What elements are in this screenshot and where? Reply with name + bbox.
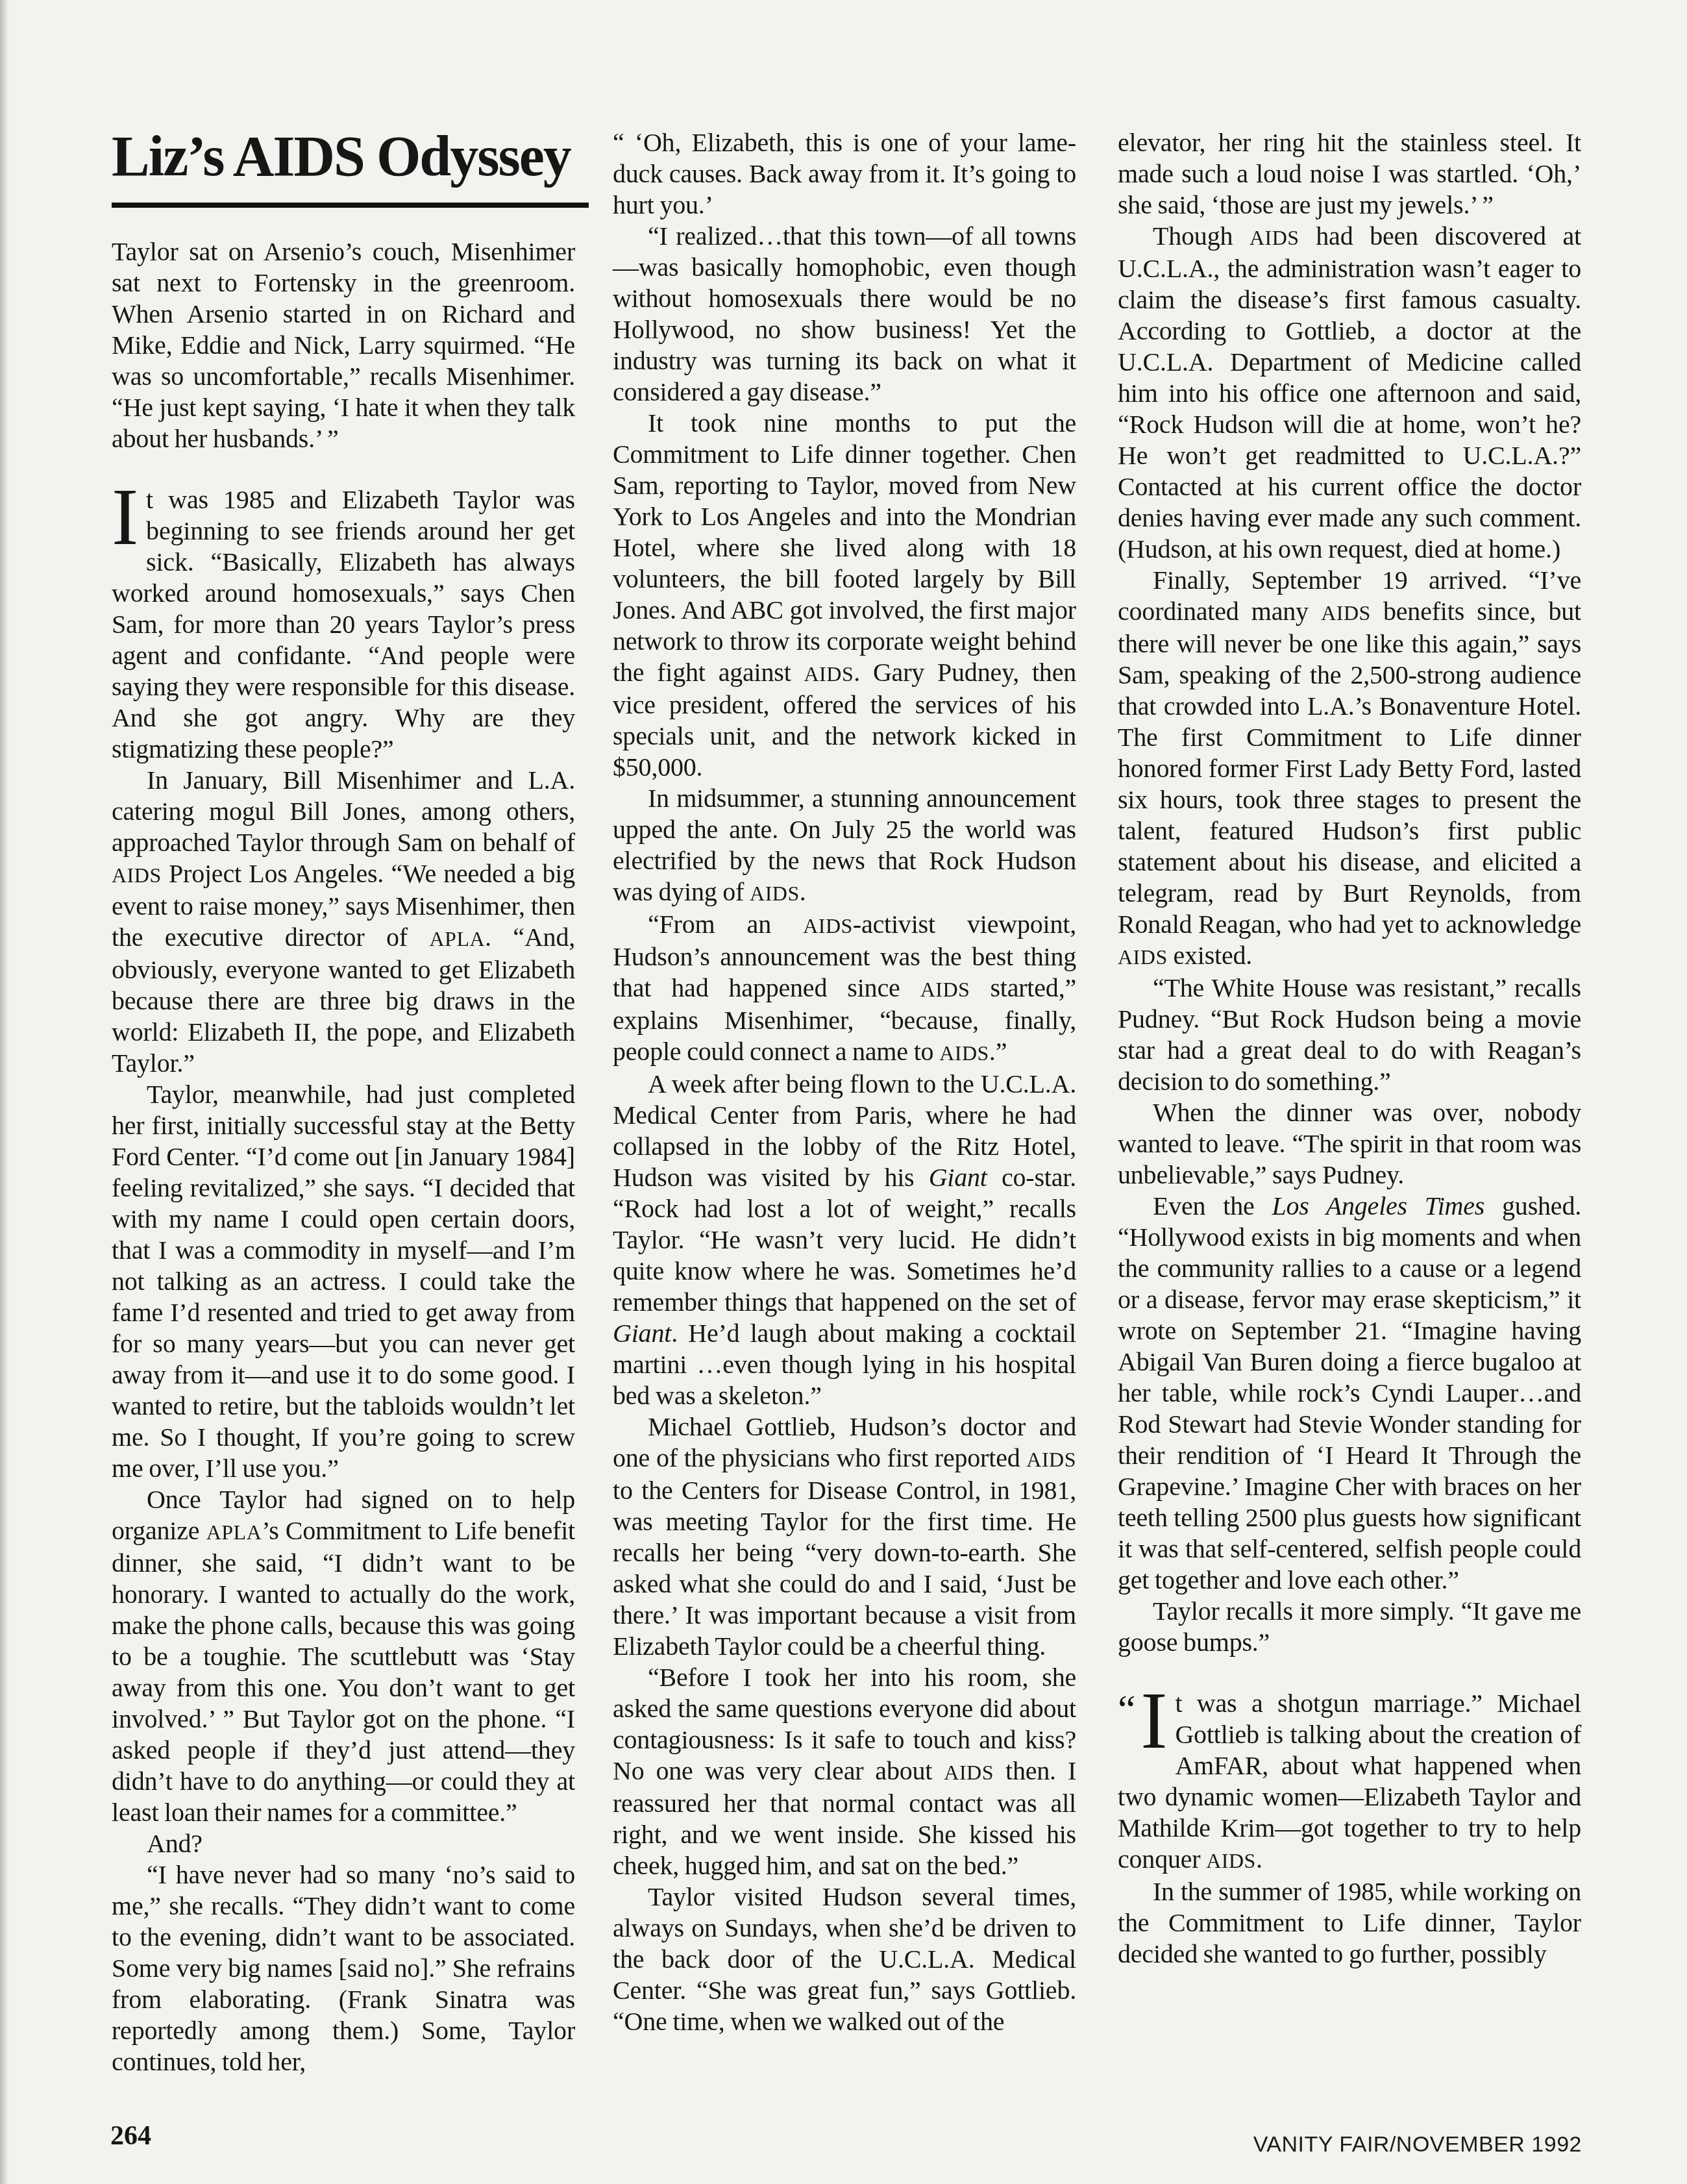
body-text: had been discovered at U.C.L.A., the adm… [1118, 221, 1581, 564]
smallcaps-text: AIDS [112, 863, 162, 887]
body-text: . He’d laugh about making a cocktail mar… [613, 1319, 1076, 1410]
body-text: to the Centers for Disease Control, in 1… [613, 1476, 1076, 1661]
body-text: elevator, her ring hit the stainless ste… [1118, 128, 1581, 219]
smallcaps-text: AIDS [1250, 226, 1299, 249]
dropcap-letter: I [1140, 1688, 1175, 1752]
paragraph: In January, Bill Misenhimer and L.A. cat… [112, 765, 575, 1079]
smallcaps-text: AIDS [1206, 1849, 1256, 1872]
body-text: existed. [1168, 941, 1253, 970]
column-3: elevator, her ring hit the stainless ste… [1118, 127, 1581, 1970]
body-text: “From an [648, 910, 803, 939]
body-text: Though [1153, 221, 1250, 251]
column-3-text: elevator, her ring hit the stainless ste… [1118, 127, 1581, 1970]
paragraph: “The White House was resistant,” recalls… [1118, 973, 1581, 1097]
body-text: Taylor visited Hudson several times, alw… [613, 1882, 1076, 2036]
paragraph: When the dinner was over, nobody wanted … [1118, 1097, 1581, 1191]
paragraph: Though AIDS had been discovered at U.C.L… [1118, 221, 1581, 565]
body-text: ’s Commitment to Life benefit dinner, sh… [112, 1516, 575, 1827]
smallcaps-text: AIDS [920, 978, 970, 1001]
paragraph: Finally, September 19 arrived. “I’ve coo… [1118, 565, 1581, 973]
body-text: . [1256, 1844, 1262, 1874]
paragraph: It took nine months to put the Commitmen… [613, 408, 1076, 783]
body-text: In the summer of 1985, while working on … [1118, 1877, 1581, 1968]
paragraph: “I have never had so many ‘no’s said to … [112, 1859, 575, 2078]
paragraph: In midsummer, a stunning announcement up… [613, 783, 1076, 909]
smallcaps-text: AIDS [804, 662, 854, 686]
smallcaps-text: AIDS [1321, 601, 1371, 625]
paragraph: Taylor recalls it more simply. “It gave … [1118, 1596, 1581, 1658]
magazine-footer: VANITY FAIR/NOVEMBER 1992 [1253, 2132, 1582, 2157]
smallcaps-text: AIDS [803, 914, 853, 937]
body-text: And? [147, 1829, 203, 1858]
column-2: “ ‘Oh, Elizabeth, this is one of your la… [613, 127, 1076, 2037]
body-text: “The White House was resistant,” recalls… [1118, 973, 1581, 1096]
paragraph: And? [112, 1828, 575, 1859]
paragraph: elevator, her ring hit the stainless ste… [1118, 127, 1581, 221]
italic-text: Giant [613, 1319, 671, 1348]
italic-text: Los Angeles Times [1272, 1191, 1484, 1221]
body-text: “I realized…that this town—of all towns—… [613, 221, 1076, 406]
paragraph: In the summer of 1985, while working on … [1118, 1876, 1581, 1970]
body-text: In midsummer, a stunning announcement up… [613, 784, 1076, 906]
body-text: t was 1985 and Elizabeth Taylor was begi… [112, 485, 575, 763]
column-2-text: “ ‘Oh, Elizabeth, this is one of your la… [613, 127, 1076, 2037]
body-text: gushed. “Hollywood exists in big moments… [1118, 1191, 1581, 1595]
smallcaps-text: AIDS [1118, 945, 1168, 969]
paragraph: “From an AIDS-activist viewpoint, Hudson… [613, 909, 1076, 1069]
article-title: Liz’s AIDS Odyssey [112, 127, 575, 187]
title-rule [112, 203, 589, 208]
paragraph: Taylor visited Hudson several times, alw… [613, 1881, 1076, 2037]
body-text: Michael Gottlieb, Hudson’s doctor and on… [613, 1412, 1076, 1472]
column-1: Liz’s AIDS Odyssey Taylor sat on Arsenio… [112, 127, 575, 2078]
body-text: In January, Bill Misenhimer and L.A. cat… [112, 765, 575, 857]
paragraph: It was 1985 and Elizabeth Taylor was beg… [112, 484, 575, 765]
paragraph: Taylor sat on Arsenio’s couch, Misenhime… [112, 236, 575, 454]
scan-edge [0, 0, 9, 2184]
paragraph: Even the Los Angeles Times gushed. “Holl… [1118, 1191, 1581, 1596]
body-text: “I have never had so many ‘no’s said to … [112, 1860, 575, 2076]
dropcap-quote: “ [1118, 1689, 1135, 1730]
column-1-text: Taylor sat on Arsenio’s couch, Misenhime… [112, 236, 575, 2078]
body-text: It took nine months to put the Commitmen… [613, 408, 1076, 687]
smallcaps-text: APLA [429, 927, 485, 950]
body-text: Taylor, meanwhile, had just completed he… [112, 1080, 575, 1483]
page-number: 264 [110, 2120, 151, 2152]
body-text: Taylor sat on Arsenio’s couch, Misenhime… [112, 237, 575, 453]
paragraph: “It was a shotgun marriage.” Michael Got… [1118, 1688, 1581, 1876]
body-text: “ ‘Oh, Elizabeth, this is one of your la… [613, 128, 1076, 219]
smallcaps-text: APLA [206, 1520, 262, 1544]
body-text: .” [989, 1037, 1007, 1066]
body-text: . [800, 877, 806, 906]
smallcaps-text: AIDS [944, 1761, 994, 1784]
paragraph: A week after being flown to the U.C.L.A.… [613, 1069, 1076, 1411]
body-text: t was a shotgun marriage.” Michael Gottl… [1118, 1689, 1581, 1874]
body-text: Taylor recalls it more simply. “It gave … [1118, 1596, 1581, 1657]
article-header: Liz’s AIDS Odyssey [112, 127, 575, 208]
body-text: benefits since, but there will never be … [1118, 597, 1581, 939]
paragraph: Michael Gottlieb, Hudson’s doctor and on… [613, 1411, 1076, 1662]
smallcaps-text: AIDS [750, 882, 800, 905]
paragraph: “Before I took her into his room, she as… [613, 1662, 1076, 1881]
smallcaps-text: AIDS [1026, 1448, 1076, 1471]
body-text: When the dinner was over, nobody wanted … [1118, 1098, 1581, 1189]
paragraph: Taylor, meanwhile, had just completed he… [112, 1079, 575, 1484]
paragraph: Once Taylor had signed on to help organi… [112, 1484, 575, 1828]
italic-text: Giant [929, 1163, 987, 1192]
dropcap-letter: I [112, 484, 146, 548]
paragraph: “I realized…that this town—of all towns—… [613, 221, 1076, 408]
magazine-page: Liz’s AIDS Odyssey Taylor sat on Arsenio… [0, 0, 1687, 2184]
paragraph: “ ‘Oh, Elizabeth, this is one of your la… [613, 127, 1076, 221]
smallcaps-text: AIDS [939, 1041, 989, 1065]
body-text: Even the [1153, 1191, 1272, 1221]
